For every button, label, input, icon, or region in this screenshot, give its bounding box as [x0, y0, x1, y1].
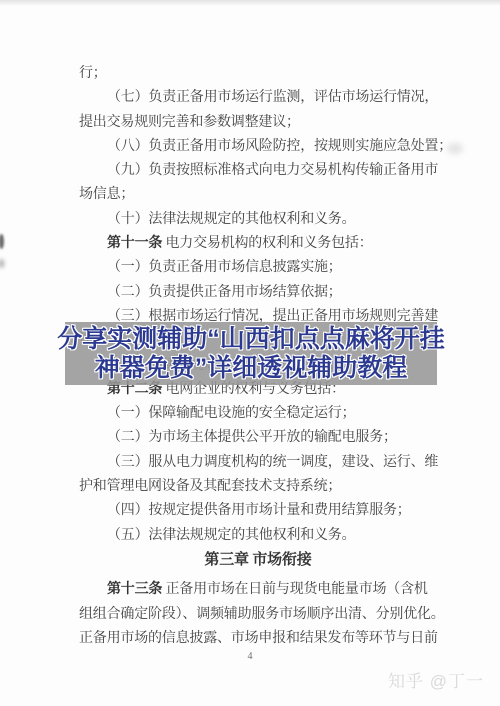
- document-line: 第十三条 正备用市场在日前与现货电能量市场（含机: [79, 578, 437, 602]
- document-line: （十）法律法规规定的其他权利和义务。: [79, 208, 437, 232]
- document-line: 提出交易规则完善和参数调整建议；: [79, 111, 437, 135]
- document-line: （一）保障输配电设施的安全稳定运行；: [79, 402, 437, 426]
- edge-smudge: [0, 234, 4, 249]
- document-line: 组组合确定阶段）、调频辅助服务市场顺序出清、分别优化。: [79, 603, 437, 627]
- document-photo: 行；（七）负责正备用市场运行监测，评估市场运行情况，提出交易规则完善和参数调整建…: [0, 0, 500, 706]
- document-line: （三）服从电力调度机构的统一调度，建设、运行、维: [79, 451, 437, 475]
- page-number: 4: [0, 650, 500, 664]
- document-line: （二）为市场主体提供公平开放的输配电服务；: [79, 426, 437, 450]
- document-line: 第十一条 电力交易机构的权利和义务包括：: [79, 232, 437, 256]
- document-line: （八）负责正备用市场风险防控，按规则实施应急处置；: [79, 135, 437, 159]
- document-line: （七）负责正备用市场运行监测，评估市场运行情况，: [79, 86, 437, 110]
- article-number: 第十一条: [107, 236, 162, 251]
- photo-top-edge: [0, 0, 500, 6]
- document-line: 行；: [79, 62, 437, 86]
- document-line: （一）负责正备用市场信息披露实施；: [79, 256, 437, 280]
- overlay-banner-line-1: 分享实测辅助“山西扣点点麻将开挂: [57, 325, 445, 354]
- chapter-heading: 第三章 市场衔接: [79, 548, 437, 572]
- zhihu-watermark: 知乎 @丁一: [388, 672, 484, 692]
- document-line: 正备用市场的信息披露、市场申报和结果发布等环节与日前: [79, 627, 437, 651]
- document-line: 场信息；: [79, 183, 437, 207]
- document-line: （九）负责按照标准格式向电力交易机构传输正备用市: [79, 159, 437, 183]
- edge-smudge: [0, 259, 4, 268]
- document-line: （五）法律法规规定的其他权利和义务。: [79, 524, 437, 548]
- article-number: 第十三条: [107, 582, 162, 597]
- paper-smudge: [447, 143, 463, 154]
- overlay-banner: 分享实测辅助“山西扣点点麻将开挂 神器免费”详细透视辅助教程: [65, 322, 437, 385]
- document-line: （二）负责提供正备用市场结算依据；: [79, 281, 437, 305]
- document-line: （四）按规定提供备用市场计量和费用结算服务；: [79, 499, 437, 523]
- overlay-banner-line-2: 神器免费”详细透视辅助教程: [95, 354, 408, 383]
- document-line: 护和管理电网设备及其配套技术支持系统；: [79, 475, 437, 499]
